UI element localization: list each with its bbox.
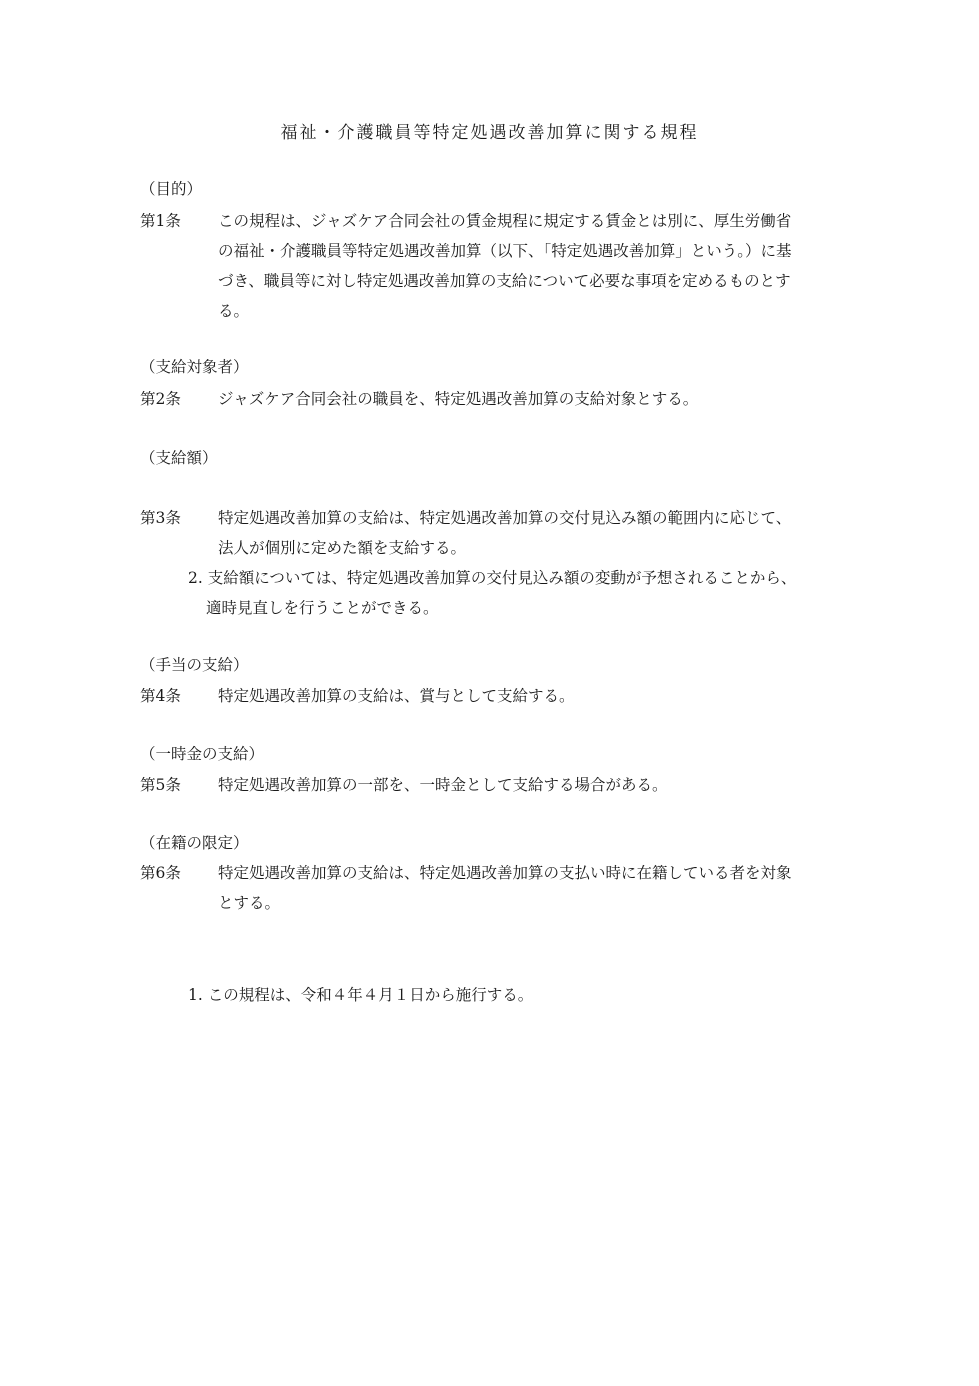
article-6-line-1: 特定処遇改善加算の支給は、特定処遇改善加算の支払い時に在籍している者を対象 <box>218 858 792 888</box>
article-5-line-1: 特定処遇改善加算の一部を、一時金として支給する場合がある。 <box>218 770 668 800</box>
article-1-heading: （目的） <box>140 174 202 204</box>
article-2-line-1: ジャズケア合同会社の職員を、特定処遇改善加算の支給対象とする。 <box>218 384 698 414</box>
document-title: 福祉・介護職員等特定処遇改善加算に関する規程 <box>0 118 979 143</box>
article-3-subitem-2-line-2: 適時見直しを行うことができる。 <box>206 593 439 623</box>
article-6-heading: （在籍の限定） <box>140 828 249 858</box>
supplementary-provision: 1. この規程は、令和４年４月１日から施行する。 <box>188 980 533 1010</box>
article-5-number: 第5条 <box>140 770 181 800</box>
article-2-heading: （支給対象者） <box>140 352 249 382</box>
article-1-line-1: この規程は、ジャズケア合同会社の賃金規程に規定する賃金とは別に、厚生労働省 <box>218 206 791 236</box>
article-1-line-2: の福祉・介護職員等特定処遇改善加算（以下、「特定処遇改善加算」という。）に基 <box>218 236 792 266</box>
article-3-line-2: 法人が個別に定めた額を支給する。 <box>218 533 466 563</box>
article-1-line-4: る。 <box>218 296 249 326</box>
article-1-number: 第1条 <box>140 206 181 236</box>
article-3-number: 第3条 <box>140 503 181 533</box>
article-6-number: 第6条 <box>140 858 181 888</box>
article-3-line-1: 特定処遇改善加算の支給は、特定処遇改善加算の交付見込み額の範囲内に応じて、 <box>218 503 791 533</box>
article-4-heading: （手当の支給） <box>140 650 249 680</box>
article-4-line-1: 特定処遇改善加算の支給は、賞与として支給する。 <box>218 681 575 711</box>
article-3-subitem-2-line-1: 2. 支給額については、特定処遇改善加算の交付見込み額の変動が予想されることから… <box>188 563 796 593</box>
article-1-line-3: づき、職員等に対し特定処遇改善加算の支給について必要な事項を定めるものとす <box>218 266 791 296</box>
article-3-heading: （支給額） <box>140 443 218 473</box>
article-4-number: 第4条 <box>140 681 181 711</box>
article-2-number: 第2条 <box>140 384 181 414</box>
article-5-heading: （一時金の支給） <box>140 739 264 769</box>
article-6-line-2: とする。 <box>218 888 280 918</box>
